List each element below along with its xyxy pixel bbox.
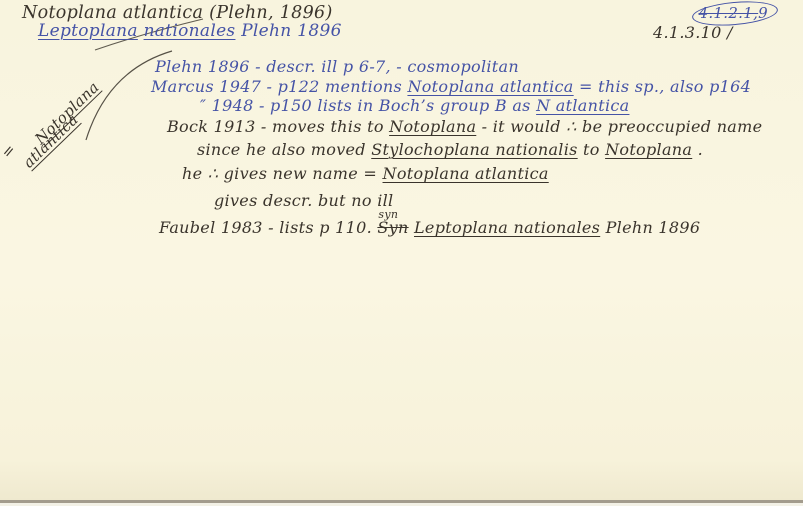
catalog-old-struck: 4.1.2.1, <box>699 4 759 22</box>
index-card: Notoplana atlantica (Plehn, 1896) Leptop… <box>0 0 803 503</box>
note-marcus-1948: ″ 1948 - p150 lists in Boch’s group B as… <box>200 96 629 115</box>
note-text: Marcus 1947 - p122 mentions <box>151 77 407 96</box>
synonym-author: Plehn 1896 <box>241 21 342 41</box>
note-text: Plehn 1896 <box>600 218 700 237</box>
catalog-old-scribble: 4.1.2.1,9 <box>696 4 772 22</box>
note-taxon-underlined: Notoplana atlantica <box>383 164 549 183</box>
note-text: - it would ∴ be preoccupied name <box>476 117 762 136</box>
note-taxon-underlined: Leptoplana nationales <box>414 218 600 237</box>
note-text: Plehn 1896 - descr. ill p 6-7, - cosmopo… <box>155 57 519 76</box>
note-faubel-1983: Faubel 1983 - lists p 110. synSyn Leptop… <box>159 218 700 237</box>
note-text: Faubel 1983 - lists p 110. <box>159 218 377 237</box>
catalog-new-value: 4.1.3.10 <box>653 23 722 42</box>
note-text: to <box>578 140 605 159</box>
note-bock-1913-cont: since he also moved Stylochoplana nation… <box>197 140 703 159</box>
heading-accepted-name: Notoplana atlantica (Plehn, 1896) <box>22 3 333 23</box>
note-taxon-underlined: N atlantica <box>536 96 629 115</box>
note-text: ″ 1948 - p150 lists in Boch’s group B as <box>200 96 536 115</box>
synonym-species: nationales <box>144 21 236 41</box>
note-bock-1913: Bock 1913 - moves this to Notoplana - it… <box>167 117 762 136</box>
note-text: = this sp., also p164 <box>574 77 751 96</box>
note-text: since he also moved <box>197 140 371 159</box>
note-text: gives descr. but no ill <box>214 191 393 210</box>
note-text: . <box>692 140 703 159</box>
synonym-genus: Leptoplana <box>38 21 138 41</box>
catalog-old-tail: 9 <box>758 4 768 22</box>
heading-synonym: Leptoplana nationales Plehn 1896 <box>38 21 342 41</box>
note-new-name: he ∴ gives new name = Notoplana atlantic… <box>182 164 549 183</box>
note-marcus-1947: Marcus 1947 - p122 mentions Notoplana at… <box>151 77 751 96</box>
note-plehn-1896: Plehn 1896 - descr. ill p 6-7, - cosmopo… <box>155 57 519 76</box>
note-taxon-underlined: Notoplana atlantica <box>407 77 573 96</box>
catalog-number-new: 4.1.3.10 / <box>653 23 733 42</box>
note-text: he ∴ gives new name = <box>182 164 383 183</box>
note-taxon-underlined: Notoplana <box>605 140 692 159</box>
catalog-number-old: 4.1.2.1,9 <box>696 4 772 22</box>
catalog-new-tail: / <box>727 23 733 42</box>
syn-correction: synSyn <box>377 218 408 237</box>
note-text: Bock 1913 - moves this to <box>167 117 389 136</box>
note-descr-no-ill: gives descr. but no ill <box>214 191 393 210</box>
syn-written-above: syn <box>378 208 398 221</box>
note-taxon-underlined: Notoplana <box>389 117 476 136</box>
margin-note-equals: = <box>0 140 19 161</box>
note-taxon-underlined: Stylochoplana nationalis <box>371 140 577 159</box>
